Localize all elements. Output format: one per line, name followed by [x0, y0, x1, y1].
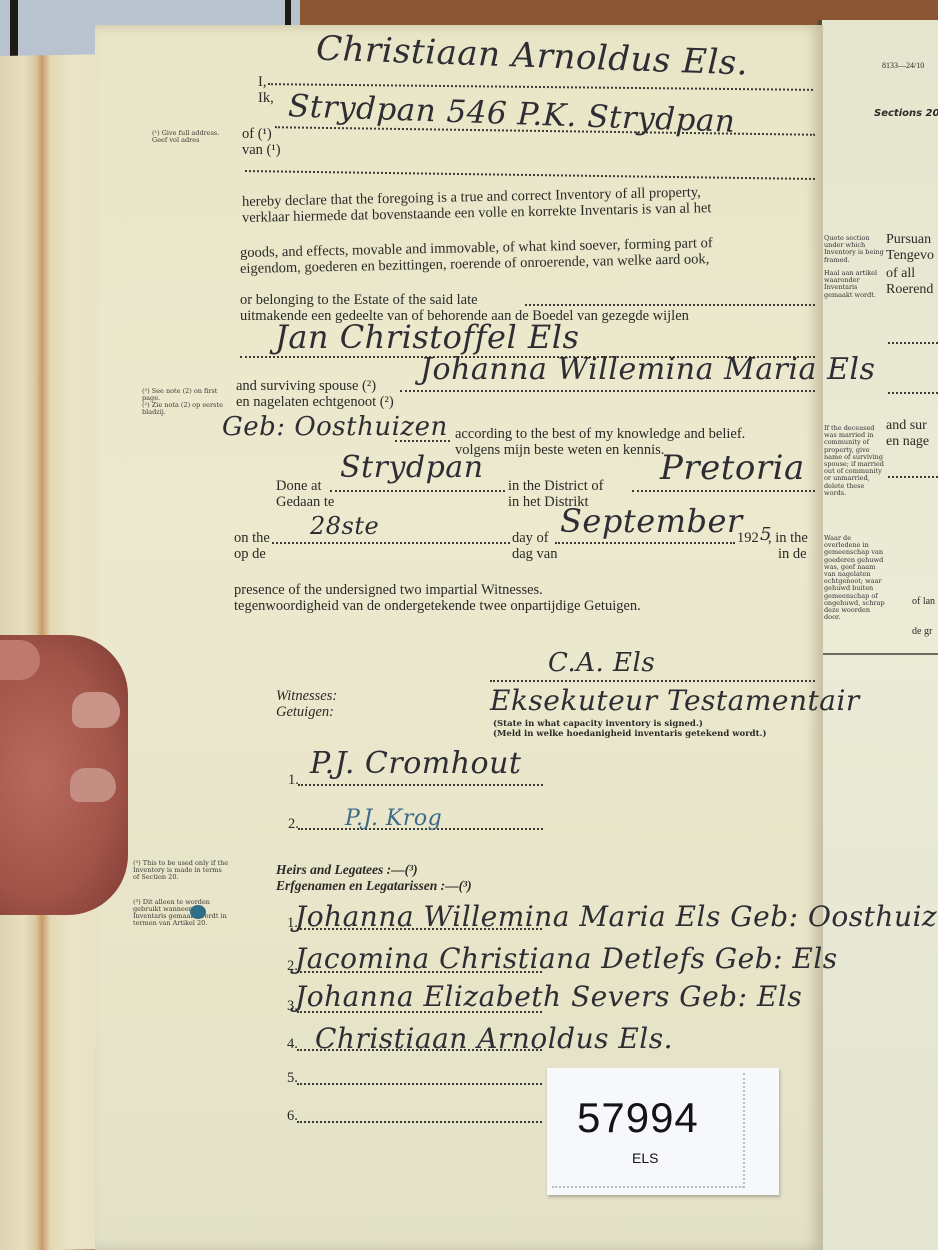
tengevolge-text: Tengevo: [886, 248, 934, 263]
dotted-line: [888, 476, 938, 478]
perforation: [743, 1073, 745, 1188]
day-value: 28ste: [310, 512, 379, 540]
deceased-name: Jan Christoffel Els: [275, 318, 579, 356]
capacity-note-af: (Meld in welke hoedanigheid inventaris g…: [493, 729, 767, 739]
district-label: in the District of: [508, 478, 603, 494]
archive-code: ELS: [632, 1150, 658, 1166]
knowledge-af: volgens mijn beste weten en kennis.: [455, 442, 664, 458]
quote-note: Quote section under which Inventory is b…: [824, 235, 886, 264]
fingernail: [70, 768, 116, 802]
maiden-line: [395, 440, 450, 442]
on-the-label: on the: [234, 530, 270, 546]
heir-line-6: [297, 1121, 542, 1123]
spouse-name: Johanna Willemina Maria Els: [420, 352, 875, 387]
witness-2: P.J. Krog: [345, 806, 442, 831]
heirs-label-af: Erfgenamen en Legatarissen :—(³): [276, 878, 472, 894]
heir-1: Johanna Willemina Maria Els Geb: Oosthui…: [295, 900, 938, 933]
spouse-maiden-name: Geb: Oosthuizen: [222, 412, 448, 442]
heirs-note-af: (³) Dit alleen te worden gebruikt wannee…: [133, 899, 229, 927]
archive-label: 57994 ELS: [547, 1068, 779, 1195]
de-gr-text: de gr: [912, 624, 932, 639]
spouse-label-en: and surviving spouse (²): [236, 378, 376, 394]
heirs-label-en: Heirs and Legatees :—(³): [276, 862, 418, 878]
day-of-label: day of: [512, 530, 549, 546]
year-prefix: 192: [737, 530, 759, 546]
done-at-label: Done at: [276, 478, 322, 494]
pursuant-text: Pursuan: [886, 232, 931, 247]
knowledge-en: according to the best of my knowledge an…: [455, 426, 745, 442]
address-note: (¹) Give full address. Geef vol adres: [152, 130, 232, 144]
in-the-label: , in the: [768, 530, 808, 546]
spouse-note-en: (²) See note (2) on first page.: [142, 388, 230, 402]
and-sur-text: and sur: [886, 418, 927, 433]
place-line: [330, 490, 505, 492]
fingernail: [72, 692, 120, 728]
capacity-value: Eksekuteur Testamentair: [490, 684, 860, 717]
archive-number: 57994: [577, 1094, 699, 1142]
quote-note-af: Haal aan artikel waaronder Inventaris ge…: [824, 270, 886, 299]
of-all-text: of all: [886, 266, 915, 281]
en-nage-text: en nage: [886, 434, 929, 449]
witness-1: P.J. Cromhout: [310, 746, 521, 781]
ink-blot: [190, 905, 206, 919]
dag-van-label: dag van: [512, 546, 558, 562]
heir-3: Johanna Elizabeth Severs Geb: Els: [295, 980, 802, 1013]
divider: [822, 653, 938, 655]
signature: C.A. Els: [548, 648, 655, 678]
district-value: Pretoria: [660, 448, 805, 488]
of-label: of (¹): [242, 126, 272, 142]
heir-2: Jacomina Christiana Detlefs Geb: Els: [295, 942, 838, 975]
district-line: [632, 490, 815, 492]
ik-label: Ik,: [258, 90, 274, 106]
perforation: [552, 1186, 744, 1188]
spouse-label-af: en nagelaten echtgenoot (²): [236, 394, 394, 410]
spouse-line: [400, 390, 815, 392]
roerend-text: Roerend: [886, 282, 933, 297]
fingertip: [0, 640, 40, 680]
dotted-line: [888, 342, 938, 344]
of-lan-text: of lan: [912, 594, 935, 609]
in-de-label: in de: [778, 546, 807, 562]
waar-note: Waar de overledene in gemeenschap van go…: [824, 535, 886, 621]
presence-af: tegenwoordigheid van de ondergetekende t…: [234, 598, 641, 614]
presence-en: presence of the undersigned two impartia…: [234, 582, 543, 598]
if-note: If the deceased was married in community…: [824, 425, 886, 497]
spouse-note-af: (²) Zie nota (2) op eerste bladzij.: [142, 402, 230, 416]
capacity-note-en: (State in what capacity inventory is sig…: [493, 719, 703, 729]
witnesses-label-en: Witnesses:: [276, 688, 337, 704]
witnesses-label-af: Getuigen:: [276, 704, 334, 720]
signature-line: [490, 680, 815, 682]
heir-4: Christiaan Arnoldus Els.: [315, 1022, 673, 1055]
sections-heading: Sections 20,: [874, 106, 938, 121]
op-de-label: op de: [234, 546, 266, 562]
heir-line-5: [297, 1083, 542, 1085]
estate-line: [525, 304, 815, 306]
heirs-note-en: (³) This to be used only if the Inventor…: [133, 860, 229, 881]
van-label: van (¹): [242, 142, 281, 158]
i-label: I,: [258, 74, 266, 90]
month-value: September: [560, 502, 743, 540]
dotted-line: [888, 392, 938, 394]
witness-line-1: [298, 784, 543, 786]
day-line: [272, 542, 510, 544]
form-number: 8133—24/10: [882, 58, 924, 73]
place-value: Strydpan: [340, 450, 484, 485]
gedaan-te-label: Gedaan te: [276, 494, 334, 510]
background-edge: [10, 0, 18, 60]
month-line: [555, 542, 735, 544]
adjacent-page: 8133—24/10 Sections 20, Quote section un…: [818, 20, 938, 1250]
declaration-line-3-en: or belonging to the Estate of the said l…: [240, 292, 478, 308]
